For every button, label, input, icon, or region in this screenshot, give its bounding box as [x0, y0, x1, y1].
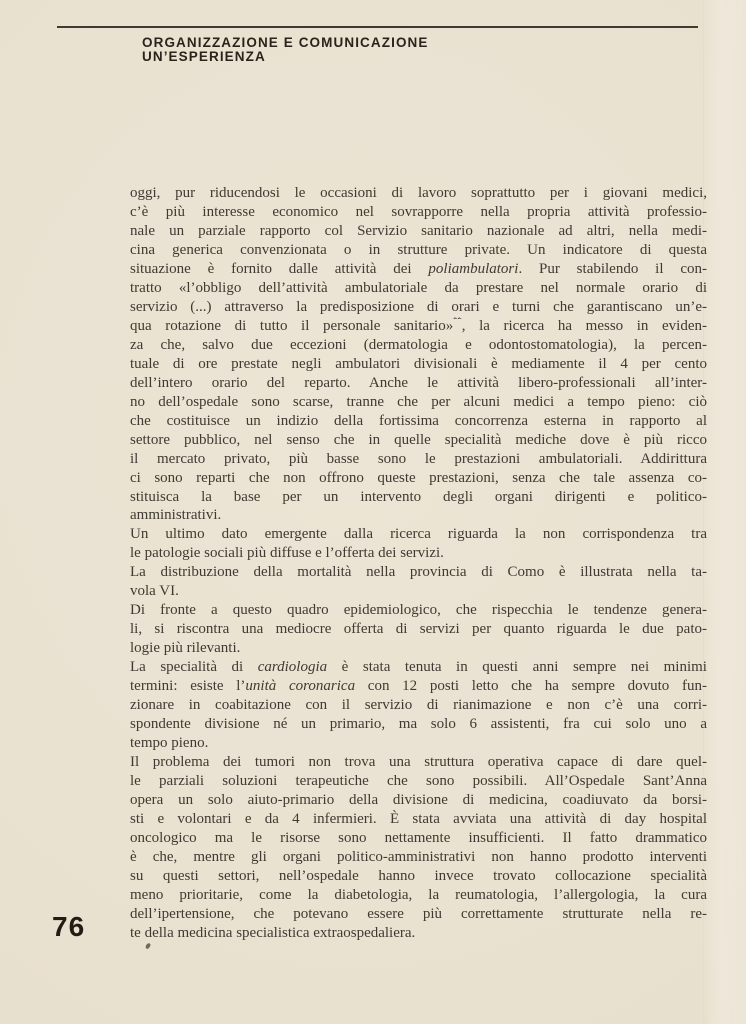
text-line: meno prioritarie, come la diabetologia, … — [130, 886, 707, 905]
ink-speck — [145, 942, 151, 949]
text-line: servizio (...) attraverso la predisposiz… — [130, 298, 707, 317]
text-line: Un ultimo dato emergente dalla ricerca r… — [130, 525, 707, 544]
text-line: La specialità di cardiologia è stata ten… — [130, 658, 707, 677]
text-line: tratto «l’obbligo dell’attività ambulato… — [130, 279, 707, 298]
text-line: no dell’ospedale sono scarse, tranne che… — [130, 393, 707, 412]
text-line: stituisca la base per un intervento degl… — [130, 488, 707, 507]
text-line: nale un parziale rapporto col Servizio s… — [130, 222, 707, 241]
text-line: dell’ipertensione, che potevano essere p… — [130, 905, 707, 924]
text-line: le patologie sociali più diffuse e l’off… — [130, 544, 707, 563]
text-line: oggi, pur riducendosi le occasioni di la… — [130, 184, 707, 203]
text-line: Di fronte a questo quadro epidemiologico… — [130, 601, 707, 620]
text-line: te della medicina specialistica extraosp… — [130, 924, 707, 943]
text-line: li, si riscontra una mediocre offerta di… — [130, 620, 707, 639]
text-line: amministrativi. — [130, 506, 707, 525]
text-line: tuale di ore prestate negli ambulatori d… — [130, 355, 707, 374]
text-line: dell’intero orario del reparto. Anche le… — [130, 374, 707, 393]
text-line: zionare in coabitazione con il servizio … — [130, 696, 707, 715]
text-line: vola VI. — [130, 582, 707, 601]
chapter-header-line-2: UN’ESPERIENZA — [142, 50, 429, 64]
text-line: qua rotazione di tutto il personale sani… — [130, 317, 707, 336]
page-number: 76 — [52, 912, 85, 942]
text-line: oncologico ma le risorse sono nettamente… — [130, 829, 707, 848]
text-line: logie più rilevanti. — [130, 639, 707, 658]
text-line: cina generica convenzionata o in struttu… — [130, 241, 707, 260]
text-line: opera un solo aiuto-primario della divis… — [130, 791, 707, 810]
chapter-header: ORGANIZZAZIONE E COMUNICAZIONE UN’ESPERI… — [142, 36, 429, 64]
page-edge-shading — [703, 0, 746, 1024]
text-line: tempo pieno. — [130, 734, 707, 753]
header-rule — [57, 26, 698, 28]
text-line: za che, salvo due eccezioni (dermatologi… — [130, 336, 707, 355]
text-line: ci sono reparti che non offrono queste p… — [130, 469, 707, 488]
text-line: Il problema dei tumori non trova una str… — [130, 753, 707, 772]
text-line: c’è più interesse economico nel sovrappo… — [130, 203, 707, 222]
text-line: è che, mentre gli organi politico-ammini… — [130, 848, 707, 867]
text-line: che costituisce un indizio della fortiss… — [130, 412, 707, 431]
text-line: sti e volontari e da 4 infermieri. È sta… — [130, 810, 707, 829]
body-text: oggi, pur riducendosi le occasioni di la… — [130, 184, 707, 943]
text-line: su questi settori, nell’ospedale hanno i… — [130, 867, 707, 886]
text-line: situazione è fornito dalle attività dei … — [130, 260, 707, 279]
text-line: termini: esiste l’unità coronarica con 1… — [130, 677, 707, 696]
text-line: La distribuzione della mortalità nella p… — [130, 563, 707, 582]
text-line: spondente divisione né un primario, ma s… — [130, 715, 707, 734]
chapter-header-line-1: ORGANIZZAZIONE E COMUNICAZIONE — [142, 36, 429, 50]
text-line: settore pubblico, nel senso che in quell… — [130, 431, 707, 450]
text-line: le parziali soluzioni terapeutiche che s… — [130, 772, 707, 791]
book-page-scan: ORGANIZZAZIONE E COMUNICAZIONE UN’ESPERI… — [0, 0, 746, 1024]
text-line: il mercato privato, più basse sono le pr… — [130, 450, 707, 469]
